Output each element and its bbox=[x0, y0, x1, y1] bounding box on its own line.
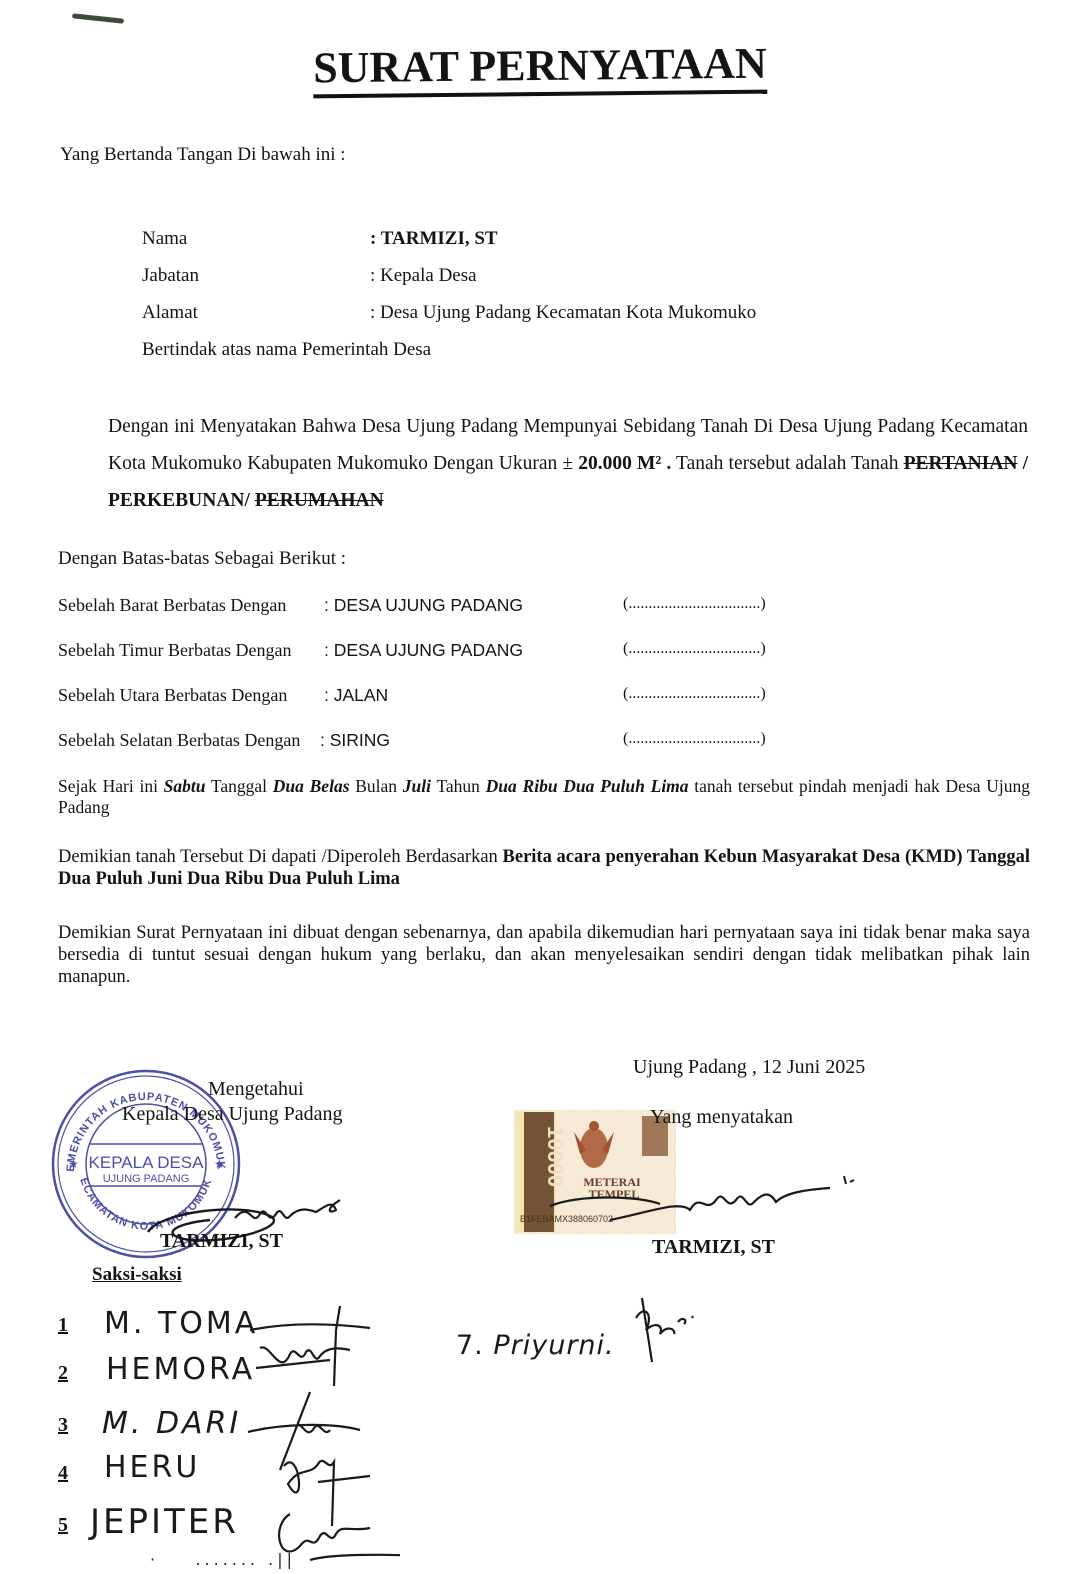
boundaries-title: Dengan Batas-batas Sebagai Berikut : bbox=[58, 548, 346, 570]
document-title: SURAT PERNYATAAN bbox=[0, 34, 1080, 96]
signature-blank: (.................................) bbox=[623, 595, 766, 613]
acknowledged-label: Mengetahui bbox=[208, 1078, 304, 1101]
boundary-east: Sebelah Timur Berbatas Dengan : DESA UJU… bbox=[58, 640, 818, 664]
witness-name: JEPITER bbox=[90, 1502, 239, 1542]
witness-number: 1 bbox=[58, 1314, 68, 1336]
witness-6-partial: · ....... .|| bbox=[150, 1550, 296, 1569]
witness-row: 5 bbox=[58, 1514, 68, 1537]
field-label: Nama bbox=[142, 228, 187, 250]
field-value: : TARMIZI, ST bbox=[370, 228, 498, 250]
land-type-struck: PERUMAHAN bbox=[255, 490, 384, 511]
declarant-label: Yang menyatakan bbox=[650, 1106, 793, 1129]
witness-row: 3 bbox=[58, 1414, 68, 1437]
scan-mark bbox=[72, 13, 124, 23]
signature-blank: (.................................) bbox=[623, 640, 766, 658]
svg-text:KEPALA DESA: KEPALA DESA bbox=[89, 1153, 205, 1172]
witness-name: HEMORA bbox=[106, 1352, 255, 1387]
field-label: Jabatan bbox=[142, 265, 199, 287]
witness-row: 1 bbox=[58, 1314, 68, 1337]
basis-paragraph: Demikian tanah Tersebut Di dapati /Diper… bbox=[58, 846, 1030, 890]
witness-name: M. TOMA bbox=[104, 1306, 258, 1341]
closing-paragraph: Demikian Surat Pernyataan ini dibuat den… bbox=[58, 922, 1030, 988]
witness-row: 2 bbox=[58, 1362, 68, 1385]
signature-blank: (.................................) bbox=[623, 685, 766, 703]
declarant-name: TARMIZI, ST bbox=[652, 1236, 775, 1259]
signature-right bbox=[540, 1170, 870, 1230]
acknowledged-role: Kepala Desa Ujung Padang bbox=[122, 1103, 343, 1126]
svg-text:★: ★ bbox=[214, 1157, 225, 1171]
acknowledged-name: TARMIZI, ST bbox=[160, 1230, 283, 1253]
witness-name: HERU bbox=[104, 1450, 200, 1485]
witness-number: 2 bbox=[58, 1362, 68, 1384]
svg-text:UJUNG PADANG: UJUNG PADANG bbox=[103, 1173, 190, 1185]
witness-number: 5 bbox=[58, 1514, 68, 1536]
boundary-south: Sebelah Selatan Berbatas Dengan : SIRING… bbox=[58, 730, 818, 754]
statement-paragraph: Dengan ini Menyatakan Bahwa Desa Ujung P… bbox=[108, 408, 1028, 519]
witness-signatures bbox=[240, 1296, 400, 1574]
field-value: : Desa Ujung Padang Kecamatan Kota Mukom… bbox=[370, 302, 756, 324]
field-value: : Kepala Desa bbox=[370, 265, 477, 287]
witness-row: 4 bbox=[58, 1462, 68, 1485]
svg-text:★: ★ bbox=[68, 1157, 79, 1171]
witness-name: 7. Priyurni. bbox=[456, 1330, 615, 1361]
land-type-selected: PERKEBUNAN/ bbox=[108, 490, 250, 511]
place-date: Ujung Padang , 12 Juni 2025 bbox=[633, 1056, 865, 1079]
land-size: 20.000 M² . bbox=[578, 453, 671, 474]
witness-number: 3 bbox=[58, 1414, 68, 1436]
witness-name: M. DARI bbox=[102, 1406, 241, 1441]
boundary-west: Sebelah Barat Berbatas Dengan : DESA UJU… bbox=[58, 595, 818, 619]
field-label: Alamat bbox=[142, 302, 198, 324]
boundary-north: Sebelah Utara Berbatas Dengan : JALAN (.… bbox=[58, 685, 818, 709]
intro-text: Yang Bertanda Tangan Di bawah ini : bbox=[60, 144, 346, 166]
witnesses-title: Saksi-saksi bbox=[92, 1264, 182, 1286]
witness-number: 4 bbox=[58, 1462, 68, 1484]
signature-blank: (.................................) bbox=[623, 730, 766, 748]
witness-7-signature bbox=[630, 1294, 710, 1364]
land-type-struck: PERTANIAN bbox=[904, 453, 1018, 474]
transfer-paragraph: Sejak Hari ini Sabtu Tanggal Dua Belas B… bbox=[58, 776, 1030, 818]
